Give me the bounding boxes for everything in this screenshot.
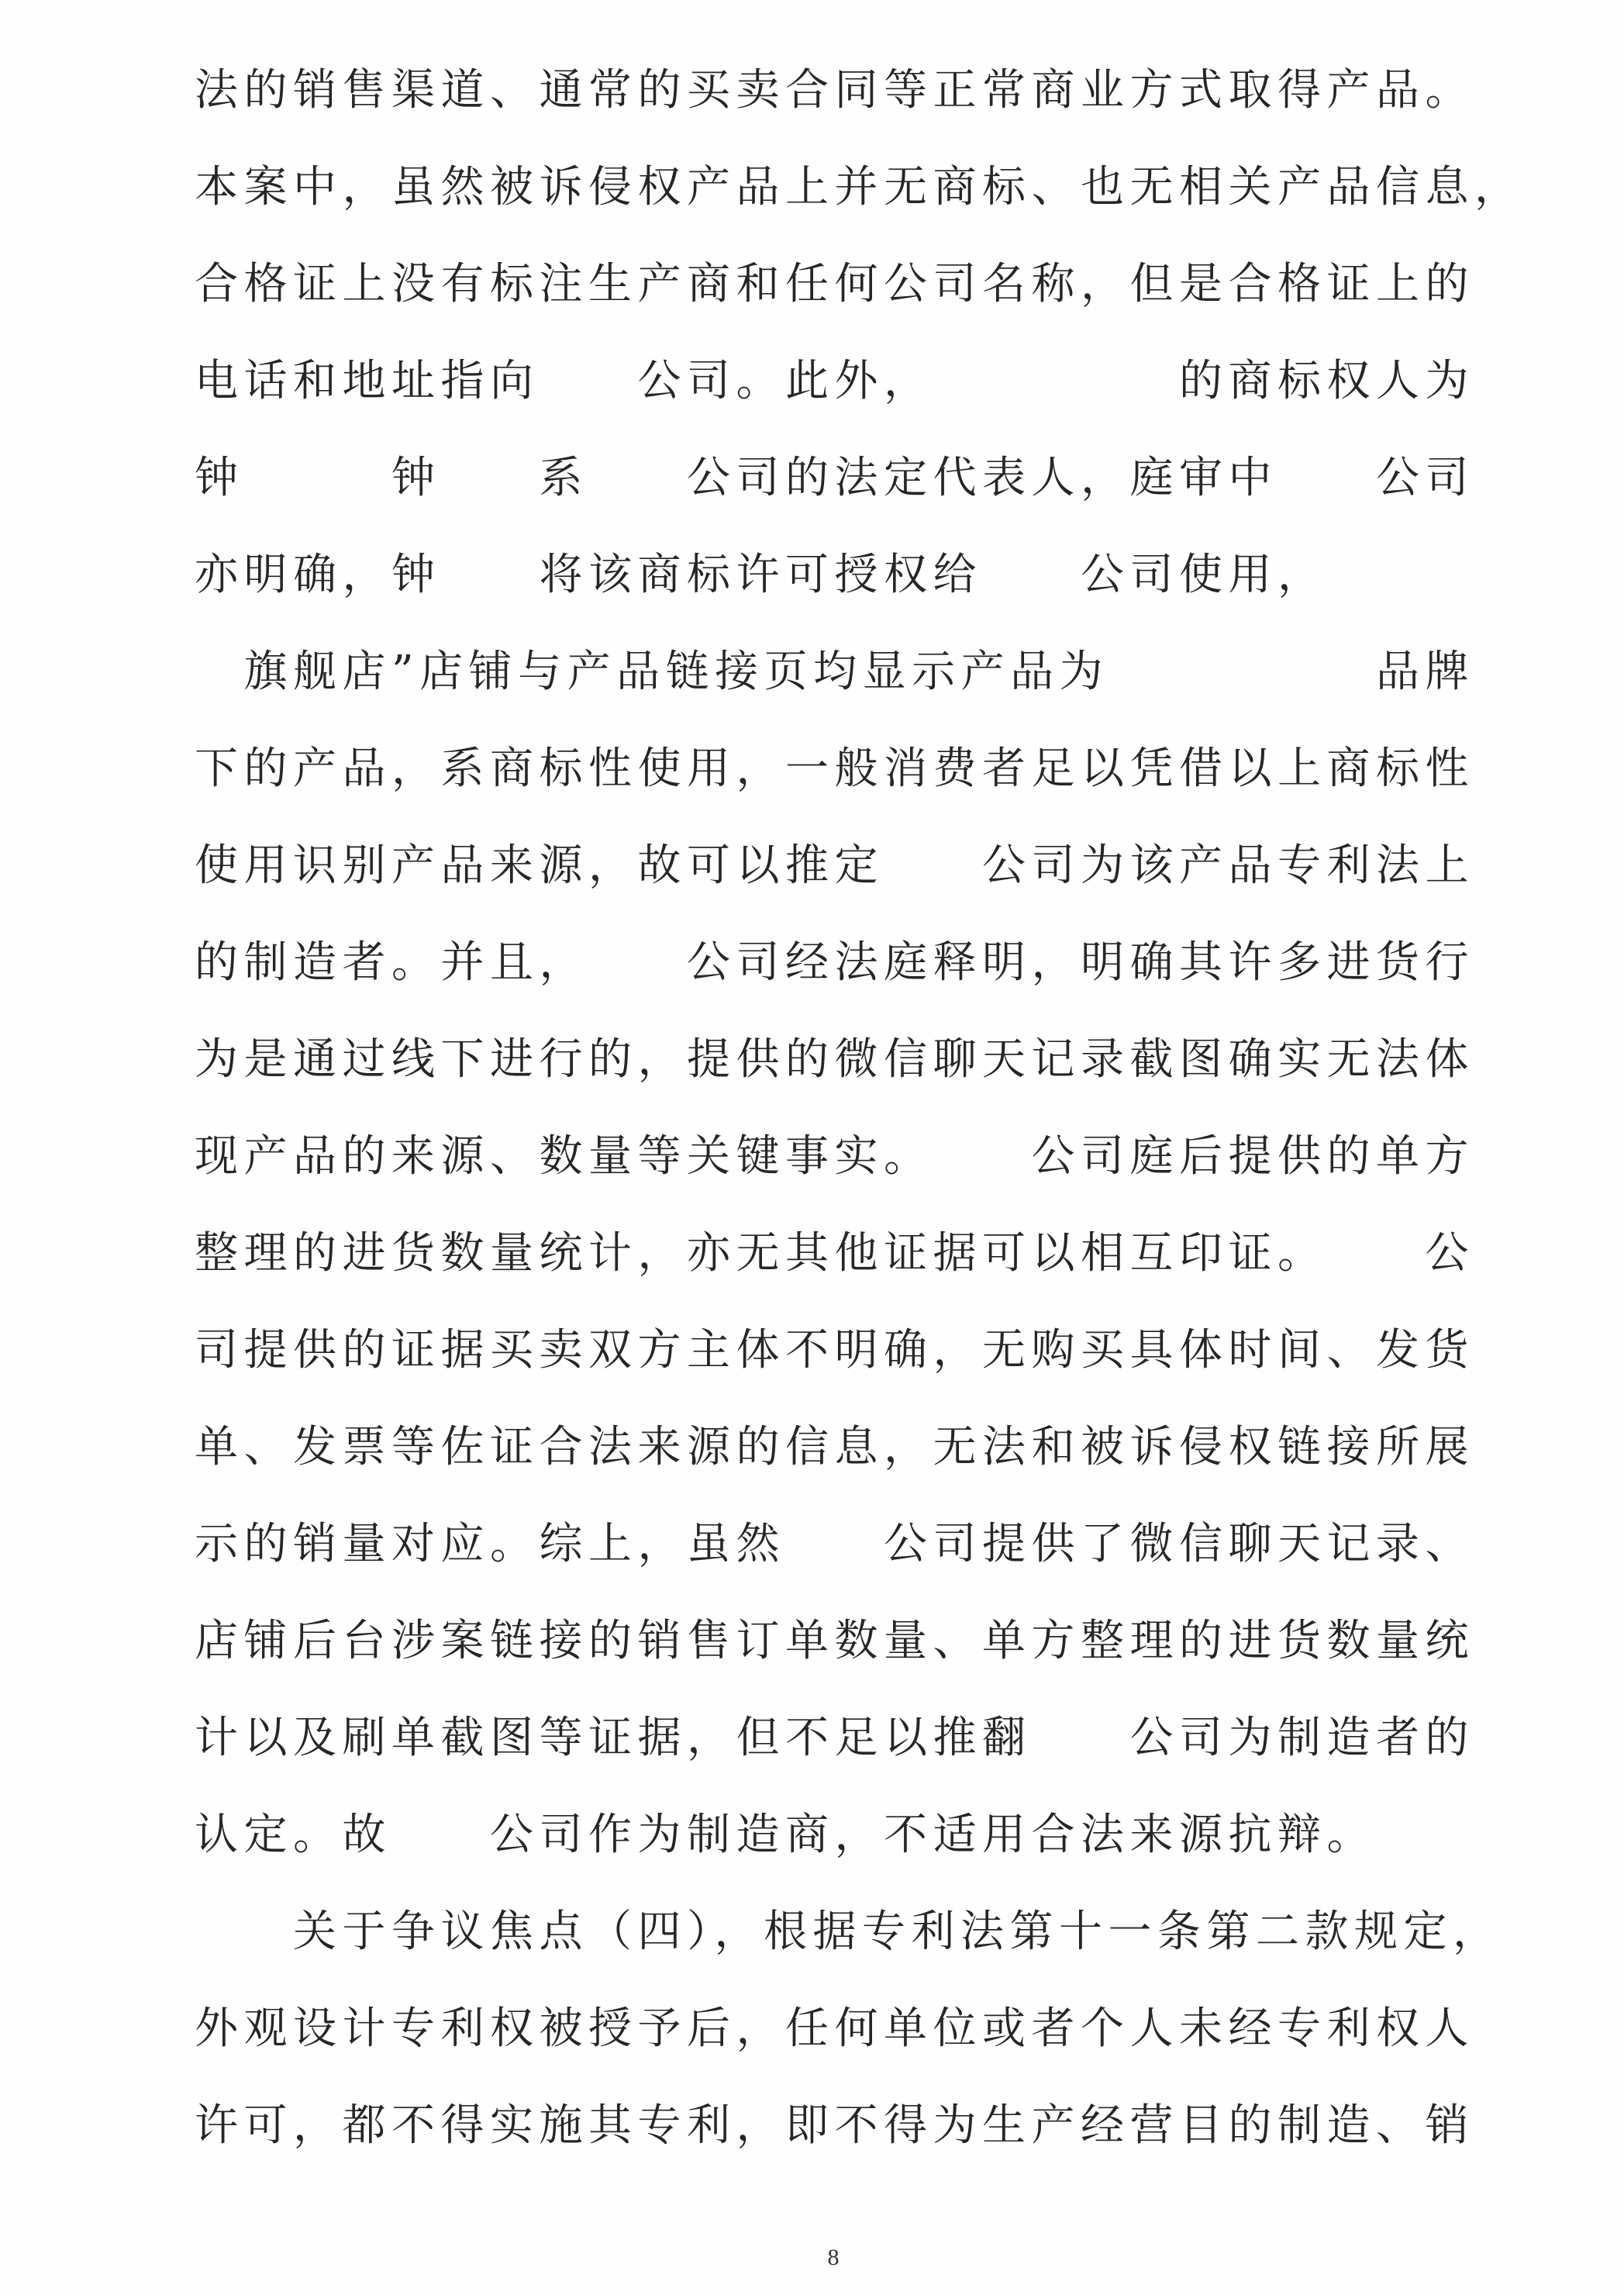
text-line: 示的销量对应。综上，虽然公司提供了微信聊天记录、 [195, 1517, 1481, 1572]
text-line: 为是通过线下进行的，提供的微信聊天记录截图确实无法体 [195, 1033, 1481, 1087]
text-segment: 整理的进货数量统计，亦无其他证据可以相互印证。 [195, 1227, 1327, 1281]
text-segment: 钟 [391, 451, 441, 506]
text-segment: 司提供的证据买卖双方主体不明确，无购买具体时间、发货 [195, 1324, 1474, 1378]
text-line: 本案中，虽然被诉侵权产品上并无商标、也无相关产品信息， [195, 160, 1481, 215]
text-line: 的制造者。并且，公司经法庭释明，明确其许多进货行 [195, 936, 1481, 990]
text-line: 单、发票等佐证合法来源的信息，无法和被诉侵权链接所展 [195, 1420, 1481, 1475]
text-line: 合格证上没有标注生产商和任何公司名称，但是合格证上的 [195, 257, 1481, 312]
text-line: 司提供的证据买卖双方主体不明确，无购买具体时间、发货 [195, 1324, 1481, 1378]
document-page: 法的销售渠道、通常的买卖合同等正常商业方式取得产品。本案中，虽然被诉侵权产品上并… [0, 0, 1624, 2295]
text-segment: 亦明确，钟 [195, 548, 441, 602]
text-line: 店铺后台涉案链接的销售订单数量、单方整理的进货数量统 [195, 1614, 1481, 1669]
text-segment: 公司 [1376, 451, 1474, 506]
text-segment: 的制造者。并且， [195, 936, 588, 990]
text-segment: 公司作为制造商，不适用合法来源抗辩。 [490, 1808, 1376, 1862]
page-number: 8 [822, 2242, 845, 2273]
text-segment: 店铺后台涉案链接的销售订单数量、单方整理的进货数量统 [195, 1614, 1474, 1669]
text-line: 钟钟系公司的法定代表人，庭审中公司 [195, 451, 1481, 506]
text-segment: 钟 [195, 451, 244, 506]
text-line: 旗舰店”店铺与产品链接页均显示产品为品牌 [195, 645, 1481, 699]
text-segment: 电话和地址指向 [195, 354, 540, 409]
text-line: 使用识别产品来源，故可以推定公司为该产品专利法上 [195, 839, 1481, 893]
text-segment: 公司的法定代表人，庭审中 [687, 451, 1277, 506]
text-segment: 公司为该产品专利法上 [982, 839, 1474, 893]
text-segment: 将该商标许可授权给 [540, 548, 983, 602]
text-segment: 现产品的来源、数量等关键事实。 [195, 1130, 933, 1184]
text-segment: 为是通过线下进行的，提供的微信聊天记录截图确实无法体 [195, 1033, 1474, 1087]
text-segment: 公 [1426, 1227, 1475, 1281]
text-segment: 公司为制造者的 [1130, 1711, 1475, 1765]
text-line: 下的产品，系商标性使用，一般消费者足以凭借以上商标性 [195, 742, 1481, 796]
text-segment: 公司提供了微信聊天记录、 [884, 1517, 1474, 1572]
text-segment: 示的销量对应。综上，虽然 [195, 1517, 785, 1572]
text-segment: 公司庭后提供的单方 [1032, 1130, 1475, 1184]
text-segment: 单、发票等佐证合法来源的信息，无法和被诉侵权链接所展 [195, 1420, 1474, 1475]
text-line: 许可，都不得实施其专利，即不得为生产经营目的制造、销 [195, 2099, 1481, 2153]
text-segment: 计以及刷单截图等证据，但不足以推翻 [195, 1711, 1032, 1765]
text-line: 外观设计专利权被授予后，任何单位或者个人未经专利权人 [195, 2002, 1481, 2056]
text-segment: 本案中，虽然被诉侵权产品上并无商标、也无相关产品信息， [195, 160, 1524, 215]
text-line: 亦明确，钟将该商标许可授权给公司使用， [195, 548, 1481, 602]
text-segment: 品牌 [1376, 645, 1474, 699]
text-segment: 公司使用， [1081, 548, 1327, 602]
text-segment: 下的产品，系商标性使用，一般消费者足以凭借以上商标性 [195, 742, 1474, 796]
text-segment: 公司经法庭释明，明确其许多进货行 [687, 936, 1474, 990]
text-segment: 合格证上没有标注生产商和任何公司名称，但是合格证上的 [195, 257, 1474, 312]
text-line: 现产品的来源、数量等关键事实。公司庭后提供的单方 [195, 1130, 1481, 1184]
text-segment: 的商标权人为 [1179, 354, 1474, 409]
text-segment: 系 [540, 451, 589, 506]
text-line: 法的销售渠道、通常的买卖合同等正常商业方式取得产品。 [195, 64, 1481, 118]
text-segment: 外观设计专利权被授予后，任何单位或者个人未经专利权人 [195, 2002, 1474, 2056]
text-line: 整理的进货数量统计，亦无其他证据可以相互印证。公 [195, 1227, 1481, 1281]
text-segment: 许可，都不得实施其专利，即不得为生产经营目的制造、销 [195, 2099, 1474, 2153]
text-line: 关于争议焦点（四），根据专利法第十一条第二款规定， [195, 1905, 1481, 1959]
text-line: 计以及刷单截图等证据，但不足以推翻公司为制造者的 [195, 1711, 1481, 1765]
text-segment: 认定。故 [195, 1808, 391, 1862]
text-segment: 旗舰店”店铺与产品链接页均显示产品为 [244, 645, 1109, 699]
text-segment: 使用识别产品来源，故可以推定 [195, 839, 884, 893]
text-segment: 关于争议焦点（四），根据专利法第十一条第二款规定， [293, 1905, 1502, 1959]
text-line: 电话和地址指向公司。此外，的商标权人为 [195, 354, 1481, 409]
text-segment: 法的销售渠道、通常的买卖合同等正常商业方式取得产品。 [195, 64, 1474, 118]
text-segment: 公司。此外， [638, 354, 933, 409]
text-line: 认定。故公司作为制造商，不适用合法来源抗辩。 [195, 1808, 1481, 1862]
